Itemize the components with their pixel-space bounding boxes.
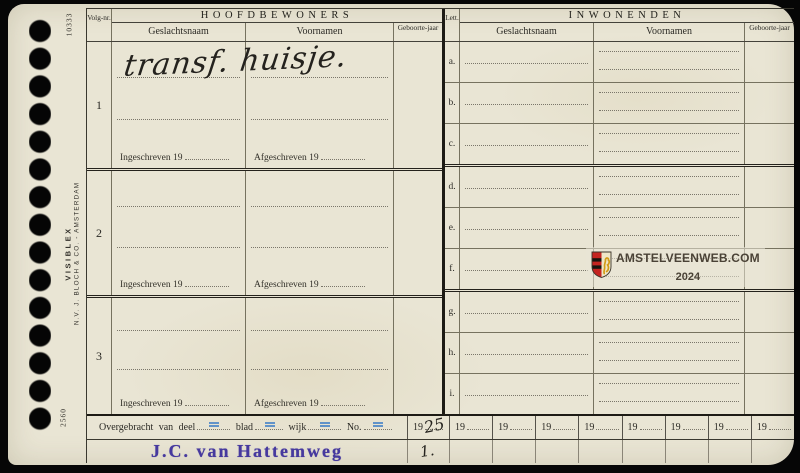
inwonende-row: e.	[445, 208, 794, 249]
handwritten-number: 1.	[419, 441, 436, 461]
row-number: 1	[87, 42, 112, 168]
scanned-register-card-page: { "margin": { "serial_top": "10333", "br…	[0, 0, 800, 473]
dotted-write-line	[599, 151, 739, 152]
geboortejaar-cell	[394, 42, 442, 168]
voornamen-cell	[594, 83, 745, 123]
dotted-write-line	[599, 176, 739, 177]
column-header-voornamen: Voornamen	[246, 23, 394, 41]
street-row-cell	[449, 440, 492, 464]
label-no: No.	[347, 422, 362, 433]
year-cell-written: 19 25	[408, 416, 449, 439]
dotted-write-line	[117, 247, 240, 248]
dotted-leader	[255, 422, 283, 430]
geboortejaar-cell	[745, 333, 794, 373]
ingeschreven-label: Ingeschreven 19	[120, 278, 229, 290]
serial-number-bottom: 2560	[59, 401, 68, 435]
dotted-write-line	[117, 369, 240, 370]
letter-label: i.	[445, 374, 460, 414]
year-cell: 19	[665, 416, 708, 439]
dotted-leader	[683, 422, 705, 430]
transfer-label: Overgebracht van deel blad wijk No.	[87, 416, 408, 439]
letter-label: c.	[445, 124, 460, 164]
year-cell: 19	[449, 416, 492, 439]
dotted-leader	[197, 422, 230, 430]
label-wijk: wijk	[289, 422, 307, 433]
geslachtsnaam-cell	[460, 208, 594, 248]
dotted-write-line	[251, 247, 388, 248]
ingeschreven-label: Ingeschreven 19	[120, 151, 229, 163]
letter-label: d.	[445, 167, 460, 207]
dotted-leader	[596, 422, 618, 430]
year-cell: 19	[751, 416, 794, 439]
letter-label: a.	[445, 42, 460, 82]
geslachtsnaam-cell: Ingeschreven 19	[112, 171, 246, 295]
geboortejaar-cell	[394, 298, 442, 414]
year-cell: 19	[492, 416, 535, 439]
row-number: 3	[87, 298, 112, 414]
watermark-site: AMSTELVEENWEB.COM	[616, 251, 760, 265]
dotted-write-line	[465, 145, 588, 146]
dotted-write-line	[465, 63, 588, 64]
letter-label: g.	[445, 292, 460, 332]
dotted-leader	[726, 422, 748, 430]
column-header-voornamen: Voornamen	[594, 23, 745, 41]
voornamen-cell	[594, 208, 745, 248]
label-blad: blad	[236, 422, 253, 433]
inwonende-row: h.	[445, 333, 794, 374]
dotted-leader	[185, 151, 229, 160]
inwonende-row: a.	[445, 42, 794, 83]
street-number-cell: 1.	[408, 440, 449, 464]
coat-of-arms-icon	[591, 251, 612, 283]
dotted-write-line	[117, 119, 240, 120]
dotted-write-line	[465, 313, 588, 314]
voornamen-cell	[594, 292, 745, 332]
voornamen-cell: Afgeschreven 19	[246, 171, 394, 295]
column-header-volgnr: Volg-nr.	[87, 9, 112, 41]
dotted-leader	[510, 422, 532, 430]
dotted-leader	[321, 278, 365, 287]
dotted-write-line	[465, 104, 588, 105]
street-name-cell: J.C. van Hattemweg	[87, 440, 408, 464]
inwonende-row: b.	[445, 83, 794, 124]
geslachtsnaam-cell	[460, 374, 594, 414]
dotted-write-line	[599, 51, 739, 52]
dotted-leader	[467, 422, 489, 430]
geboortejaar-cell	[745, 167, 794, 207]
street-name-stamp: J.C. van Hattemweg	[151, 441, 343, 462]
watermark: AMSTELVEENWEB.COM 2024	[586, 247, 765, 287]
geslachtsnaam-cell: Ingeschreven 19	[112, 298, 246, 414]
inwonenden-header: Lett. INWONENDEN Geslachtsnaam Voornamen…	[445, 9, 794, 42]
dotted-write-line	[599, 133, 739, 134]
dotted-write-line	[251, 206, 388, 207]
geboortejaar-cell	[745, 42, 794, 82]
hoofdbewoners-header: Volg-nr. HOOFDBEWONERS Geslachtsnaam Voo…	[87, 9, 442, 42]
label-overgebracht: Overgebracht van deel	[99, 422, 195, 433]
serial-number-top: 10333	[65, 8, 74, 42]
inwonende-row: g.	[445, 292, 794, 333]
column-header-geslachtsnaam: Geslachtsnaam	[112, 23, 246, 41]
geboortejaar-cell	[745, 374, 794, 414]
street-row: J.C. van Hattemweg 1.	[87, 439, 794, 464]
voornamen-cell	[594, 374, 745, 414]
column-header-geboortejaar: Geboorte-jaar	[394, 23, 442, 41]
street-row-cell	[492, 440, 535, 464]
voornamen-cell	[594, 124, 745, 164]
hoofdbewoner-row: 2 Ingeschreven 19 Afgeschreven 19	[87, 168, 442, 295]
dotted-write-line	[599, 301, 739, 302]
ingeschreven-label: Ingeschreven 19	[120, 397, 229, 409]
column-header-geboortejaar: Geboorte-jaar	[745, 23, 794, 41]
afgeschreven-label: Afgeschreven 19	[254, 151, 365, 163]
geboortejaar-cell	[745, 83, 794, 123]
dotted-write-line	[251, 330, 388, 331]
voornamen-cell	[594, 333, 745, 373]
dotted-write-line	[599, 194, 739, 195]
dotted-write-line	[599, 383, 739, 384]
dotted-leader	[185, 397, 229, 406]
dotted-write-line	[599, 92, 739, 93]
dotted-write-line	[465, 188, 588, 189]
watermark-year: 2024	[676, 271, 700, 283]
geboortejaar-cell	[745, 124, 794, 164]
afgeschreven-label: Afgeschreven 19	[254, 278, 365, 290]
dotted-leader	[553, 422, 575, 430]
dotted-write-line	[117, 330, 240, 331]
letter-label: e.	[445, 208, 460, 248]
dotted-leader	[364, 422, 392, 430]
geslachtsnaam-cell	[460, 249, 594, 289]
inwonende-row: d.	[445, 167, 794, 208]
inwonende-row: i.	[445, 374, 794, 414]
dotted-write-line	[465, 354, 588, 355]
brand-subtitle: N.V. J. BLOCH & CO. - AMSTERDAM	[74, 114, 81, 394]
street-row-cell	[708, 440, 751, 464]
street-row-cell	[665, 440, 708, 464]
year-cell: 19	[708, 416, 751, 439]
handwritten-year: 25	[422, 414, 446, 437]
voornamen-cell: Afgeschreven 19	[246, 298, 394, 414]
geslachtsnaam-cell	[460, 42, 594, 82]
dotted-write-line	[599, 217, 739, 218]
blue-check-mark	[265, 425, 275, 427]
geslachtsnaam-cell	[460, 333, 594, 373]
geslachtsnaam-cell	[460, 292, 594, 332]
blue-check-mark	[320, 425, 330, 427]
voornamen-cell	[594, 167, 745, 207]
street-empty-cells	[449, 440, 794, 464]
dotted-write-line	[599, 110, 739, 111]
year-cell: 19	[578, 416, 621, 439]
brand-name: VISIBLEX	[64, 114, 73, 394]
geboortejaar-cell	[394, 171, 442, 295]
column-header-geslachtsnaam: Geslachtsnaam	[460, 23, 594, 41]
column-header-lett: Lett.	[445, 9, 460, 41]
afgeschreven-label: Afgeschreven 19	[254, 397, 365, 409]
letter-label: f.	[445, 249, 460, 289]
geboortejaar-cell	[745, 292, 794, 332]
blue-check-mark	[209, 425, 219, 427]
dotted-write-line	[599, 342, 739, 343]
geslachtsnaam-cell	[460, 167, 594, 207]
hoofdbewoners-rows: 1 Ingeschreven 19 Afgeschreven 19 2	[87, 42, 442, 414]
dotted-write-line	[251, 119, 388, 120]
year-cell: 19	[535, 416, 578, 439]
printer-imprint: VISIBLEX N.V. J. BLOCH & CO. - AMSTERDAM	[64, 114, 81, 394]
geslachtsnaam-cell	[460, 124, 594, 164]
dotted-write-line	[599, 235, 739, 236]
binder-punch-holes	[29, 17, 51, 433]
street-row-cell	[622, 440, 665, 464]
year-cell: 19	[622, 416, 665, 439]
section-title-inwonenden: INWONENDEN	[460, 9, 794, 23]
year-cells: 1919191919191919	[449, 416, 794, 439]
dotted-write-line	[599, 360, 739, 361]
voornamen-cell	[594, 42, 745, 82]
letter-label: b.	[445, 83, 460, 123]
inwonende-row: c.	[445, 124, 794, 167]
dotted-leader	[308, 422, 341, 430]
dotted-write-line	[465, 229, 588, 230]
inwonenden-rows: a. b.	[445, 42, 794, 414]
hoofdbewoner-row: 3 Ingeschreven 19 Afgeschreven 19	[87, 295, 442, 414]
section-inwonenden: Lett. INWONENDEN Geslachtsnaam Voornamen…	[445, 9, 794, 414]
dotted-write-line	[465, 395, 588, 396]
letter-label: h.	[445, 333, 460, 373]
year-prefix: 19	[413, 422, 423, 433]
street-row-cell	[578, 440, 621, 464]
dotted-leader	[640, 422, 662, 430]
dotted-write-line	[251, 369, 388, 370]
blue-check-mark	[373, 425, 383, 427]
dotted-leader	[321, 397, 365, 406]
dotted-leader	[321, 151, 365, 160]
transfer-row: Overgebracht van deel blad wijk No. 19 2…	[87, 414, 794, 439]
geslachtsnaam-cell	[460, 83, 594, 123]
dotted-write-line	[465, 270, 588, 271]
dotted-write-line	[599, 401, 739, 402]
watermark-text: AMSTELVEENWEB.COM 2024	[616, 249, 760, 285]
section-title-hoofdbewoners: HOOFDBEWONERS	[112, 9, 442, 23]
dotted-write-line	[599, 69, 739, 70]
geboortejaar-cell	[745, 208, 794, 248]
dotted-leader	[185, 278, 229, 287]
row-number: 2	[87, 171, 112, 295]
dotted-write-line	[117, 206, 240, 207]
street-row-cell	[535, 440, 578, 464]
street-row-cell	[751, 440, 794, 464]
dotted-write-line	[599, 319, 739, 320]
dotted-leader	[769, 422, 791, 430]
